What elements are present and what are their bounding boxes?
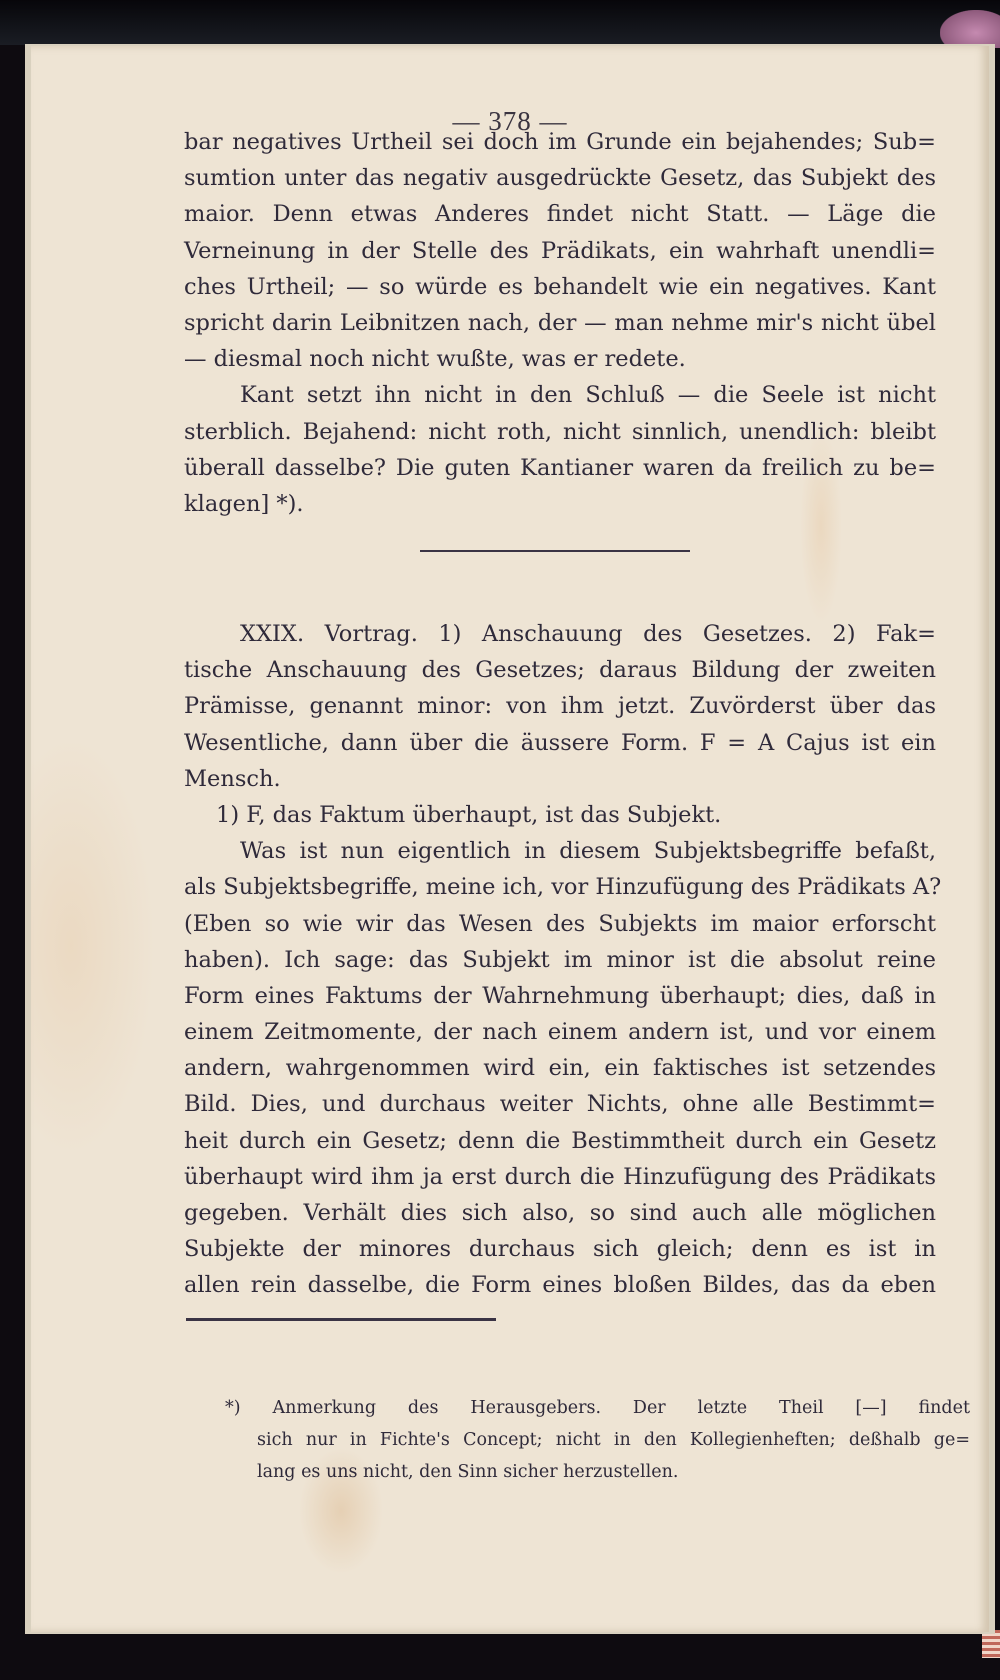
text-line: als Subjektsbegriffe, meine ich, vor Hin… (184, 869, 936, 905)
text-line: tische Anschauung des Gesetzes; daraus B… (184, 652, 936, 688)
text-line: Prämisse, genannt minor: von ihm jetzt. … (184, 688, 936, 724)
scan-background-top (0, 0, 1000, 45)
text-line: spricht darin Leibnitzen nach, der — man… (184, 305, 936, 341)
text-line: Verneinung in der Stelle des Prädikats, … (184, 233, 936, 269)
text-line: sumtion unter das negativ ausgedrückte G… (184, 160, 936, 196)
text-line: ches Urtheil; — so würde es behandelt wi… (184, 269, 936, 305)
lecture-heading-line: XXIX. Vortrag. 1) Anschauung des Gesetze… (184, 616, 936, 652)
text-line: bar negatives Urtheil sei doch im Grunde… (184, 124, 936, 160)
text-line: gegeben. Verhält dies sich also, so sind… (184, 1195, 936, 1231)
section-divider-rule (420, 550, 690, 552)
text-line: Mensch. (184, 761, 936, 797)
text-line: Wesentliche, dann über die äussere Form.… (184, 725, 936, 761)
main-text-block-2: XXIX. Vortrag. 1) Anschauung des Gesetze… (184, 616, 936, 1304)
footnote: *) Anmerkung des Herausgebers. Der letzt… (225, 1392, 970, 1488)
text-line: maior. Denn etwas Anderes findet nicht S… (184, 196, 936, 232)
text-line: sterblich. Bejahend: nicht roth, nicht s… (184, 414, 936, 450)
text-line: (Eben so wie wir das Wesen des Subjekts … (184, 906, 936, 942)
main-text-block-1: bar negatives Urtheil sei doch im Grunde… (184, 124, 936, 522)
text-line: Subjekte der minores durchaus sich gleic… (184, 1231, 936, 1267)
text-line: einem Zeitmomente, der nach einem andern… (184, 1014, 936, 1050)
numbered-point: 1) F, das Faktum überhaupt, ist das Subj… (184, 797, 936, 833)
footnote-line: lang es uns nicht, den Sinn sicher herzu… (225, 1456, 970, 1488)
text-line: heit durch ein Gesetz; denn die Bestimmt… (184, 1123, 936, 1159)
text-line: überall dasselbe? Die guten Kantianer wa… (184, 450, 936, 486)
footnote-line: *) Anmerkung des Herausgebers. Der letzt… (225, 1392, 970, 1424)
text-line: überhaupt wird ihm ja erst durch die Hin… (184, 1159, 936, 1195)
text-line: allen rein dasselbe, die Form eines bloß… (184, 1267, 936, 1303)
text-line: haben). Ich sage: das Subjekt im minor i… (184, 942, 936, 978)
footnote-separator-rule (186, 1318, 496, 1321)
footnote-line: sich nur in Fichte's Concept; nicht in d… (225, 1424, 970, 1456)
text-line: klagen] *). (184, 486, 936, 522)
text-line: Was ist nun eigentlich in diesem Subjekt… (184, 833, 936, 869)
text-line: — diesmal noch nicht wußte, was er redet… (184, 341, 936, 377)
page-edge-marbling (982, 1630, 1000, 1658)
text-line: Form eines Faktums der Wahrnehmung überh… (184, 978, 936, 1014)
text-line: andern, wahrgenommen wird ein, ein fakti… (184, 1050, 936, 1086)
text-line: Bild. Dies, und durchaus weiter Nichts, … (184, 1086, 936, 1122)
bookmark-ribbon (940, 10, 1000, 48)
text-line: Kant setzt ihn nicht in den Schluß — die… (184, 377, 936, 413)
